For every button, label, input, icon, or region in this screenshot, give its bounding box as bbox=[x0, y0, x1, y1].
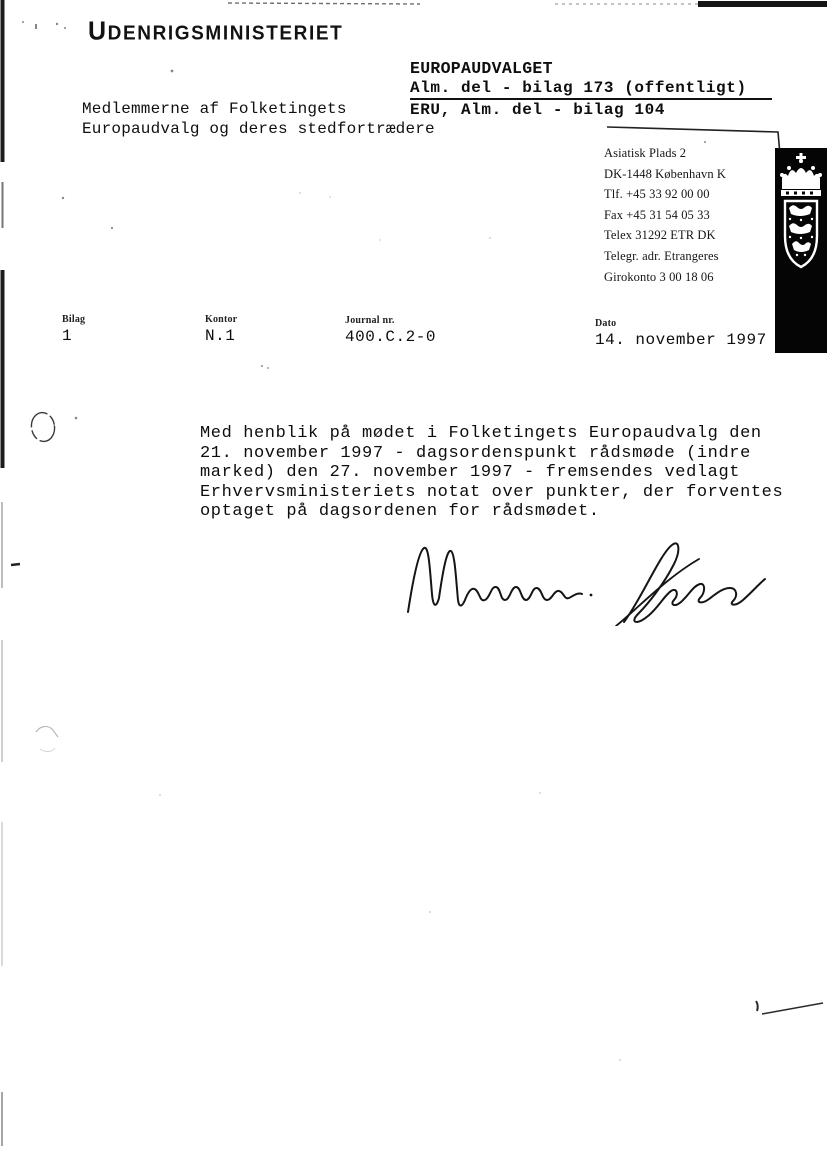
address-line: Asiatisk Plads 2 bbox=[604, 143, 726, 164]
kontor-label: Kontor bbox=[205, 314, 237, 325]
letter-body: Med henblik på mødet i Folketingets Euro… bbox=[200, 424, 790, 522]
address-line: Telegr. adr. Etrangeres bbox=[604, 246, 726, 267]
scanned-letter-page: UDENRIGSMINISTERIET EUROPAUDVALGET Alm. … bbox=[0, 0, 827, 1163]
ministry-title: UDENRIGSMINISTERIET bbox=[88, 16, 343, 46]
recipient-address: Medlemmerne af Folketingets Europaudvalg… bbox=[82, 99, 435, 139]
address-line: DK-1448 København K bbox=[604, 164, 726, 185]
stamp-case-reference: Alm. del - bilag 173 (offentligt) bbox=[410, 79, 772, 100]
address-line: Tlf. +45 33 92 00 00 bbox=[604, 184, 726, 205]
address-line: Telex 31292 ETR DK bbox=[604, 225, 726, 246]
ref-field-dato: Dato 14. november 1997 bbox=[595, 318, 767, 349]
ref-field-bilag: Bilag 1 bbox=[62, 314, 85, 345]
dato-label: Dato bbox=[595, 318, 767, 329]
dato-value: 14. november 1997 bbox=[595, 331, 767, 349]
committee-stamp: EUROPAUDVALGET Alm. del - bilag 173 (off… bbox=[410, 59, 772, 119]
stamp-eru-reference: ERU, Alm. del - bilag 104 bbox=[410, 101, 772, 119]
address-line: Girokonto 3 00 18 06 bbox=[604, 267, 726, 288]
ref-field-kontor: Kontor N.1 bbox=[205, 314, 237, 345]
journal-value: 400.C.2-0 bbox=[345, 328, 436, 346]
ref-field-journal: Journal nr. 400.C.2-0 bbox=[345, 315, 436, 346]
signature bbox=[398, 538, 770, 626]
stamp-committee-name: EUROPAUDVALGET bbox=[410, 59, 772, 78]
danish-coat-of-arms-icon bbox=[775, 148, 827, 353]
sender-address-block: Asiatisk Plads 2 DK-1448 København K Tlf… bbox=[604, 143, 726, 287]
journal-label: Journal nr. bbox=[345, 315, 436, 326]
bilag-value: 1 bbox=[62, 327, 85, 345]
address-line: Fax +45 31 54 05 33 bbox=[604, 205, 726, 226]
bilag-label: Bilag bbox=[62, 314, 85, 325]
kontor-value: N.1 bbox=[205, 327, 237, 345]
